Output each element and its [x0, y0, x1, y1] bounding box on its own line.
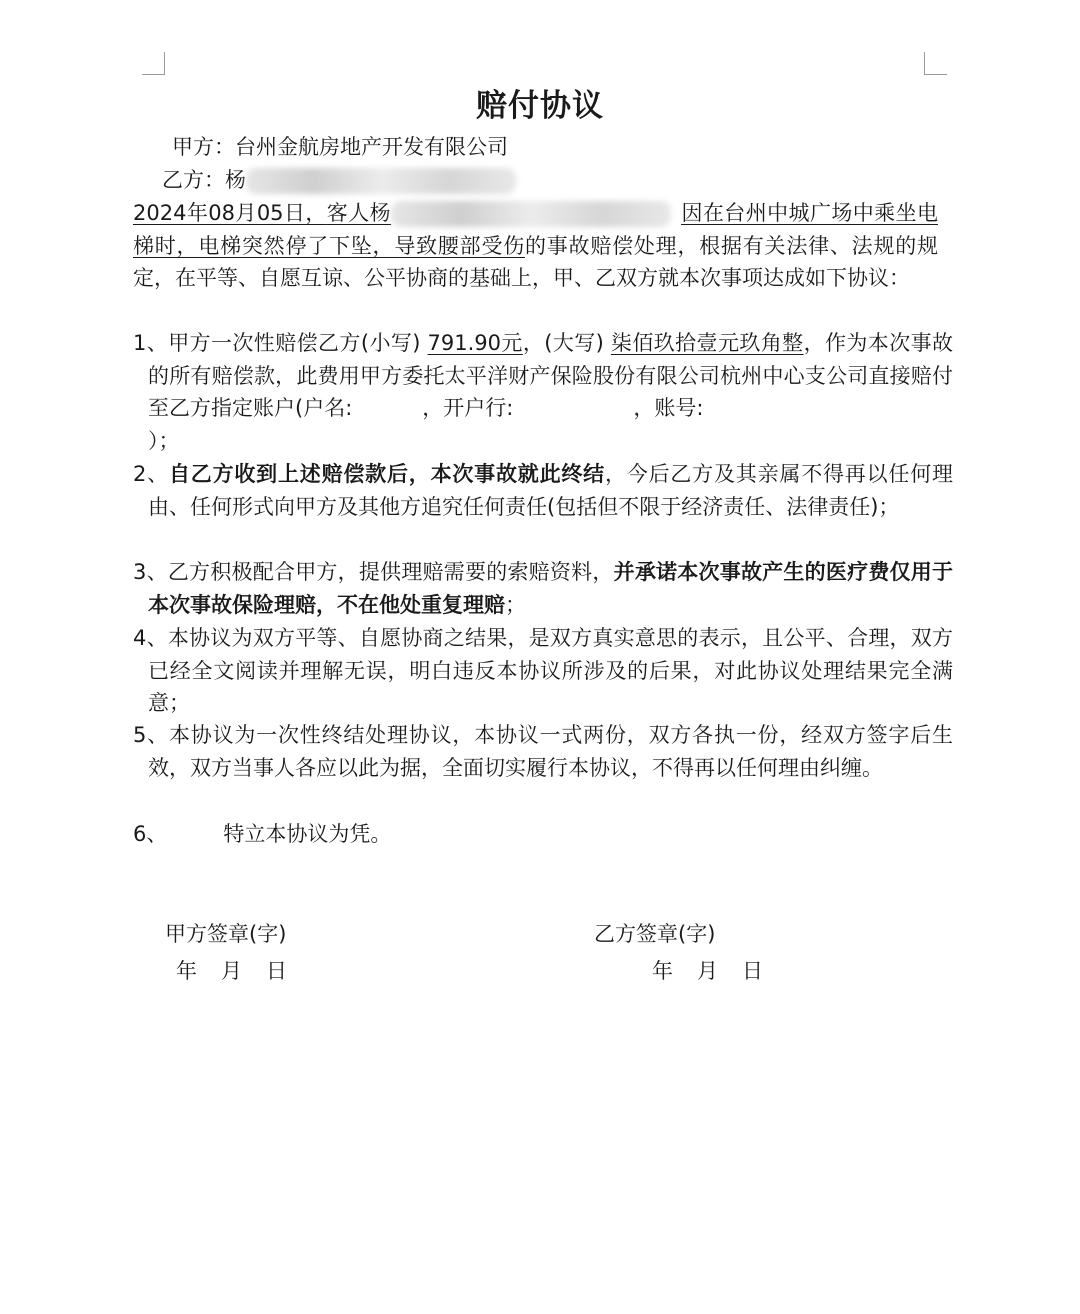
- clause-text: 特立本协议为凭。: [223, 822, 391, 846]
- clause-text: 本协议为一次性终结处理协议，本协议一式两份，双方各执一份，经双方签字后生效，双方…: [148, 723, 953, 780]
- clause-number: 3、: [133, 560, 168, 584]
- clause-text: ，账号:: [633, 396, 703, 420]
- party-a-label: 甲方：: [172, 135, 235, 159]
- clause-text: 乙方积极配合甲方，提供理赔需要的索赔资料，: [168, 560, 614, 584]
- clause-number: 4、: [133, 626, 168, 650]
- clause-text: ；: [505, 593, 526, 617]
- party-b-date: 年月日: [652, 955, 763, 985]
- party-b-name: 杨: [225, 168, 246, 192]
- year-label: 年: [176, 959, 197, 983]
- intro-paragraph: 2024年08月05日，客人杨因在台州中城广场中乘坐电梯时，电梯突然停了下坠，导…: [133, 197, 938, 295]
- party-b-label: 乙方：: [162, 168, 225, 192]
- clause-3: 3、乙方积极配合甲方，提供理赔需要的索赔资料，并承诺本次事故产生的医疗费仅用于本…: [133, 556, 953, 621]
- redacted-guest-blur: [391, 197, 681, 230]
- clause-number: 1、: [133, 331, 168, 355]
- clause-1: 1、甲方一次性赔偿乙方(小写) 791.90元，(大写) 柒佰玖拾壹元玖角整，作…: [133, 327, 953, 457]
- redacted-name-blur: [246, 168, 516, 194]
- year-label: 年: [652, 959, 673, 983]
- clause-text: 本协议为双方平等、自愿协商之结果，是双方真实意思的表示，且公平、合理，双方已经全…: [148, 626, 953, 715]
- clause-number: 6、: [133, 822, 167, 846]
- month-label: 月: [697, 959, 718, 983]
- day-label: 日: [742, 959, 763, 983]
- clause-text: ，(大写): [523, 331, 611, 355]
- party-a-line: 甲方：台州金航房地产开发有限公司: [172, 132, 508, 162]
- clause-text: 甲方一次性赔偿乙方(小写): [168, 331, 427, 355]
- party-a-date: 年月日: [176, 955, 287, 985]
- clause-4: 4、本协议为双方平等、自愿协商之结果，是双方真实意思的表示，且公平、合理，双方已…: [133, 622, 953, 720]
- clause-bold-text: 自乙方收到上述赔偿款后，本次事故就此终结: [169, 462, 605, 486]
- intro-date: 2024年08月05日，: [133, 201, 327, 225]
- party-a-signature-label: 甲方签章(字): [165, 918, 286, 948]
- intro-guest: 客人杨: [327, 201, 391, 225]
- clause-number: 5、: [133, 723, 169, 747]
- amount-small: 791.90元: [428, 331, 523, 355]
- page-corner-mark-top-right: [924, 52, 947, 75]
- document-title: 赔付协议: [0, 80, 1080, 125]
- party-a-name: 台州金航房地产开发有限公司: [235, 135, 508, 159]
- clause-5: 5、本协议为一次性终结处理协议，本协议一式两份，双方各执一份，经双方签字后生效，…: [133, 719, 953, 784]
- day-label: 日: [266, 959, 287, 983]
- clause-number: 2、: [133, 462, 169, 486]
- clause-text: ，开户行:: [422, 396, 513, 420]
- clause-2: 2、自乙方收到上述赔偿款后，本次事故就此终结，今后乙方及其亲属不得再以任何理由、…: [133, 458, 953, 523]
- page-corner-mark-top-left: [142, 52, 165, 75]
- clause-6: 6、特立本协议为凭。: [133, 819, 391, 849]
- party-b-line: 乙方：杨: [162, 165, 516, 195]
- month-label: 月: [221, 959, 242, 983]
- amount-large: 柒佰玖拾壹元玖角整: [611, 331, 804, 355]
- party-b-signature-label: 乙方签章(字): [594, 918, 715, 948]
- clause-text: ）；: [148, 429, 180, 453]
